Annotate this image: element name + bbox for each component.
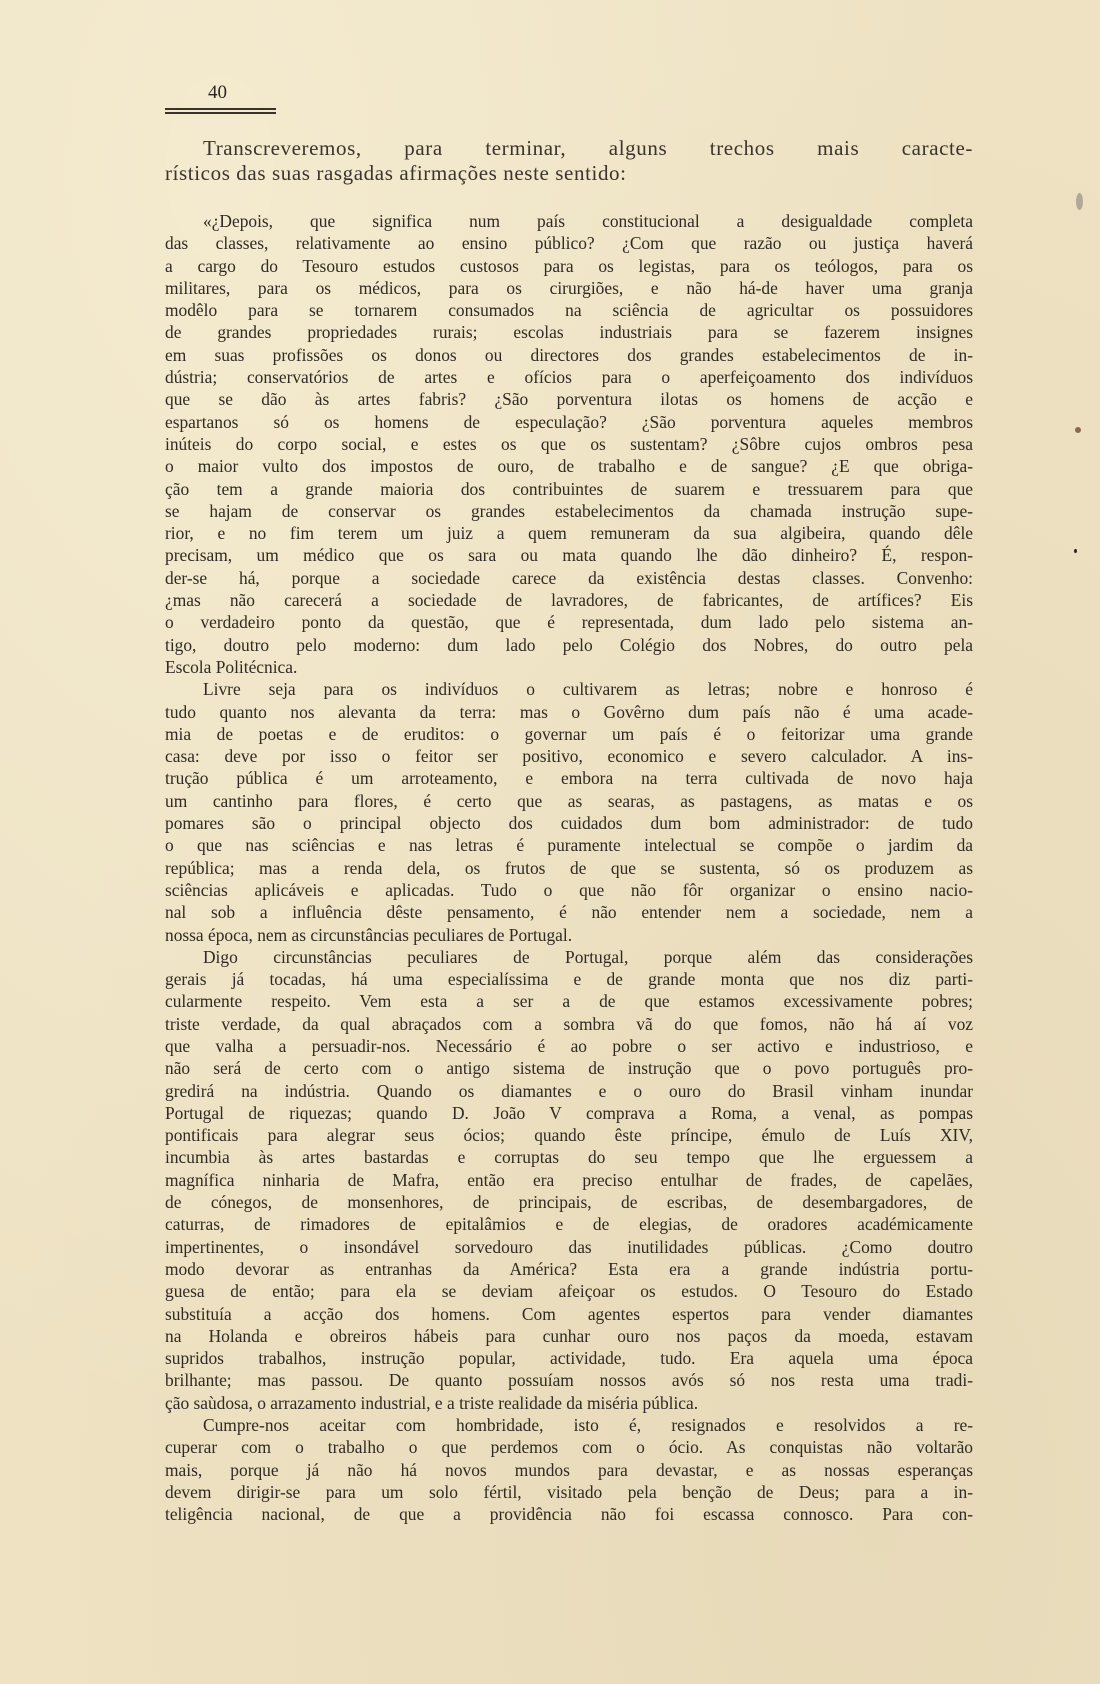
text-line: não será de certo com o antigo sistema d…	[165, 1057, 973, 1079]
text-line: o verdadeiro ponto da questão, que é rep…	[165, 611, 973, 633]
text-line: devem dirigir-se para um solo fértil, vi…	[165, 1481, 973, 1503]
text-line: ção tem a grande maioria dos contribuint…	[165, 478, 973, 500]
text-line: impertinentes, o insondável sorvedouro d…	[165, 1236, 973, 1258]
text-line: incumbia às artes bastardas e corruptas …	[165, 1146, 973, 1168]
text-line: casa: deve por isso o feitor ser positiv…	[165, 745, 973, 767]
text-line: rior, e no fim terem um juiz a quem remu…	[165, 522, 973, 544]
text-line: que valha a persuadir-nos. Necessário é …	[165, 1035, 973, 1057]
text-line: cularmente respeito. Vem esta a ser a de…	[165, 990, 973, 1012]
text-line: pomares são o principal objecto dos cuid…	[165, 812, 973, 834]
text-line: das classes, relativamente ao ensino púb…	[165, 232, 973, 254]
paper-stain	[1076, 193, 1083, 210]
text-line: um cantinho para flores, é certo que as …	[165, 790, 973, 812]
text-line: militares, para os médicos, para os ciru…	[165, 277, 973, 299]
text-line: Livre seja para os indivíduos o cultivar…	[165, 678, 973, 700]
text-line: ¿mas não carecerá a sociedade de lavrado…	[165, 589, 973, 611]
text-line: nal sob a influência dêste pensamento, é…	[165, 901, 973, 923]
paragraph: «¿Depois, que significa num país constit…	[165, 210, 973, 678]
text-line: ção saùdosa, o arrazamento industrial, e…	[165, 1392, 973, 1414]
page-number: 40	[208, 82, 973, 104]
text-line: espartanos só os homens de especulação? …	[165, 411, 973, 433]
text-line: «¿Depois, que significa num país constit…	[165, 210, 973, 232]
text-line: pontificais para alegrar seus ócios; qua…	[165, 1124, 973, 1146]
text-line: de grandes propriedades rurais; escolas …	[165, 321, 973, 343]
text-line: magnífica ninharia de Mafra, então era p…	[165, 1169, 973, 1191]
text-line: na Holanda e obreiros hábeis para cunhar…	[165, 1325, 973, 1347]
text-line: brilhante; mas passou. De quanto possuía…	[165, 1369, 973, 1391]
text-line: caturras, de rimadores de epitalâmios e …	[165, 1213, 973, 1235]
paper-stain	[1074, 549, 1077, 553]
text-line: em suas profissões os donos ou directore…	[165, 344, 973, 366]
text-line: Transcreveremos, para terminar, alguns t…	[165, 136, 973, 161]
text-line: Escola Politécnica.	[165, 656, 973, 678]
text-line: substituía a acção dos homens. Com agent…	[165, 1303, 973, 1325]
text-line: Digo circunstâncias peculiares de Portug…	[165, 946, 973, 968]
paper-stain	[1075, 427, 1081, 433]
text-line: nossa época, nem as circunstâncias pecul…	[165, 924, 973, 946]
intro-paragraph: Transcreveremos, para terminar, alguns t…	[165, 136, 973, 186]
text-line: gerais já tocadas, há uma especialíssima…	[165, 968, 973, 990]
text-line: rísticos das suas rasgadas afirmações ne…	[165, 161, 973, 186]
text-line: modo devorar as entranhas da América? Es…	[165, 1258, 973, 1280]
text-line: teligência nacional, de que a providênci…	[165, 1503, 973, 1525]
text-line: modêlo para se tornarem consumados na sc…	[165, 299, 973, 321]
text-line: república; mas a renda dela, os frutos d…	[165, 857, 973, 879]
paragraph: Cumpre-nos aceitar com hombridade, isto …	[165, 1414, 973, 1525]
text-line: tudo quanto nos alevanta da terra: mas o…	[165, 701, 973, 723]
text-line: sciências aplicáveis e aplicadas. Tudo o…	[165, 879, 973, 901]
text-line: que se dão às artes fabris? ¿São porvent…	[165, 388, 973, 410]
text-line: mais, porque já não há novos mundos para…	[165, 1459, 973, 1481]
text-line: der-se há, porque a sociedade carece da …	[165, 567, 973, 589]
quoted-passage: «¿Depois, que significa num país constit…	[165, 210, 973, 1526]
text-line: precisam, um médico que os sara ou mata …	[165, 544, 973, 566]
book-page: 40 Transcreveremos, para terminar, algun…	[165, 82, 973, 1526]
text-line: dústria; conservatórios de artes e ofíci…	[165, 366, 973, 388]
paragraph: Livre seja para os indivíduos o cultivar…	[165, 678, 973, 946]
text-line: cuperar com o trabalho o que perdemos co…	[165, 1436, 973, 1458]
text-line: Portugal de riquezas; quando D. João V c…	[165, 1102, 973, 1124]
text-line: de cónegos, de monsenhores, de principai…	[165, 1191, 973, 1213]
text-line: se hajam de conservar os grandes estabel…	[165, 500, 973, 522]
text-line: mia de poetas e de eruditos: o governar …	[165, 723, 973, 745]
text-line: o maior vulto dos impostos de ouro, de t…	[165, 455, 973, 477]
text-line: trução pública é um arroteamento, e embo…	[165, 767, 973, 789]
text-line: gredirá na indústria. Quando os diamante…	[165, 1080, 973, 1102]
text-line: Cumpre-nos aceitar com hombridade, isto …	[165, 1414, 973, 1436]
text-line: triste verdade, da qual abraçados com a …	[165, 1013, 973, 1035]
text-line: supridos trabalhos, instrução popular, a…	[165, 1347, 973, 1369]
text-line: tigo, doutro pelo moderno: dum lado pelo…	[165, 634, 973, 656]
text-line: guesa de então; para ela se deviam afeiç…	[165, 1280, 973, 1302]
text-line: o que nas sciências e nas letras é puram…	[165, 834, 973, 856]
header-double-rule	[165, 108, 276, 114]
paragraph: Digo circunstâncias peculiares de Portug…	[165, 946, 973, 1414]
text-line: a cargo do Tesouro estudos custosos para…	[165, 255, 973, 277]
text-line: inúteis do corpo social, e estes os que …	[165, 433, 973, 455]
